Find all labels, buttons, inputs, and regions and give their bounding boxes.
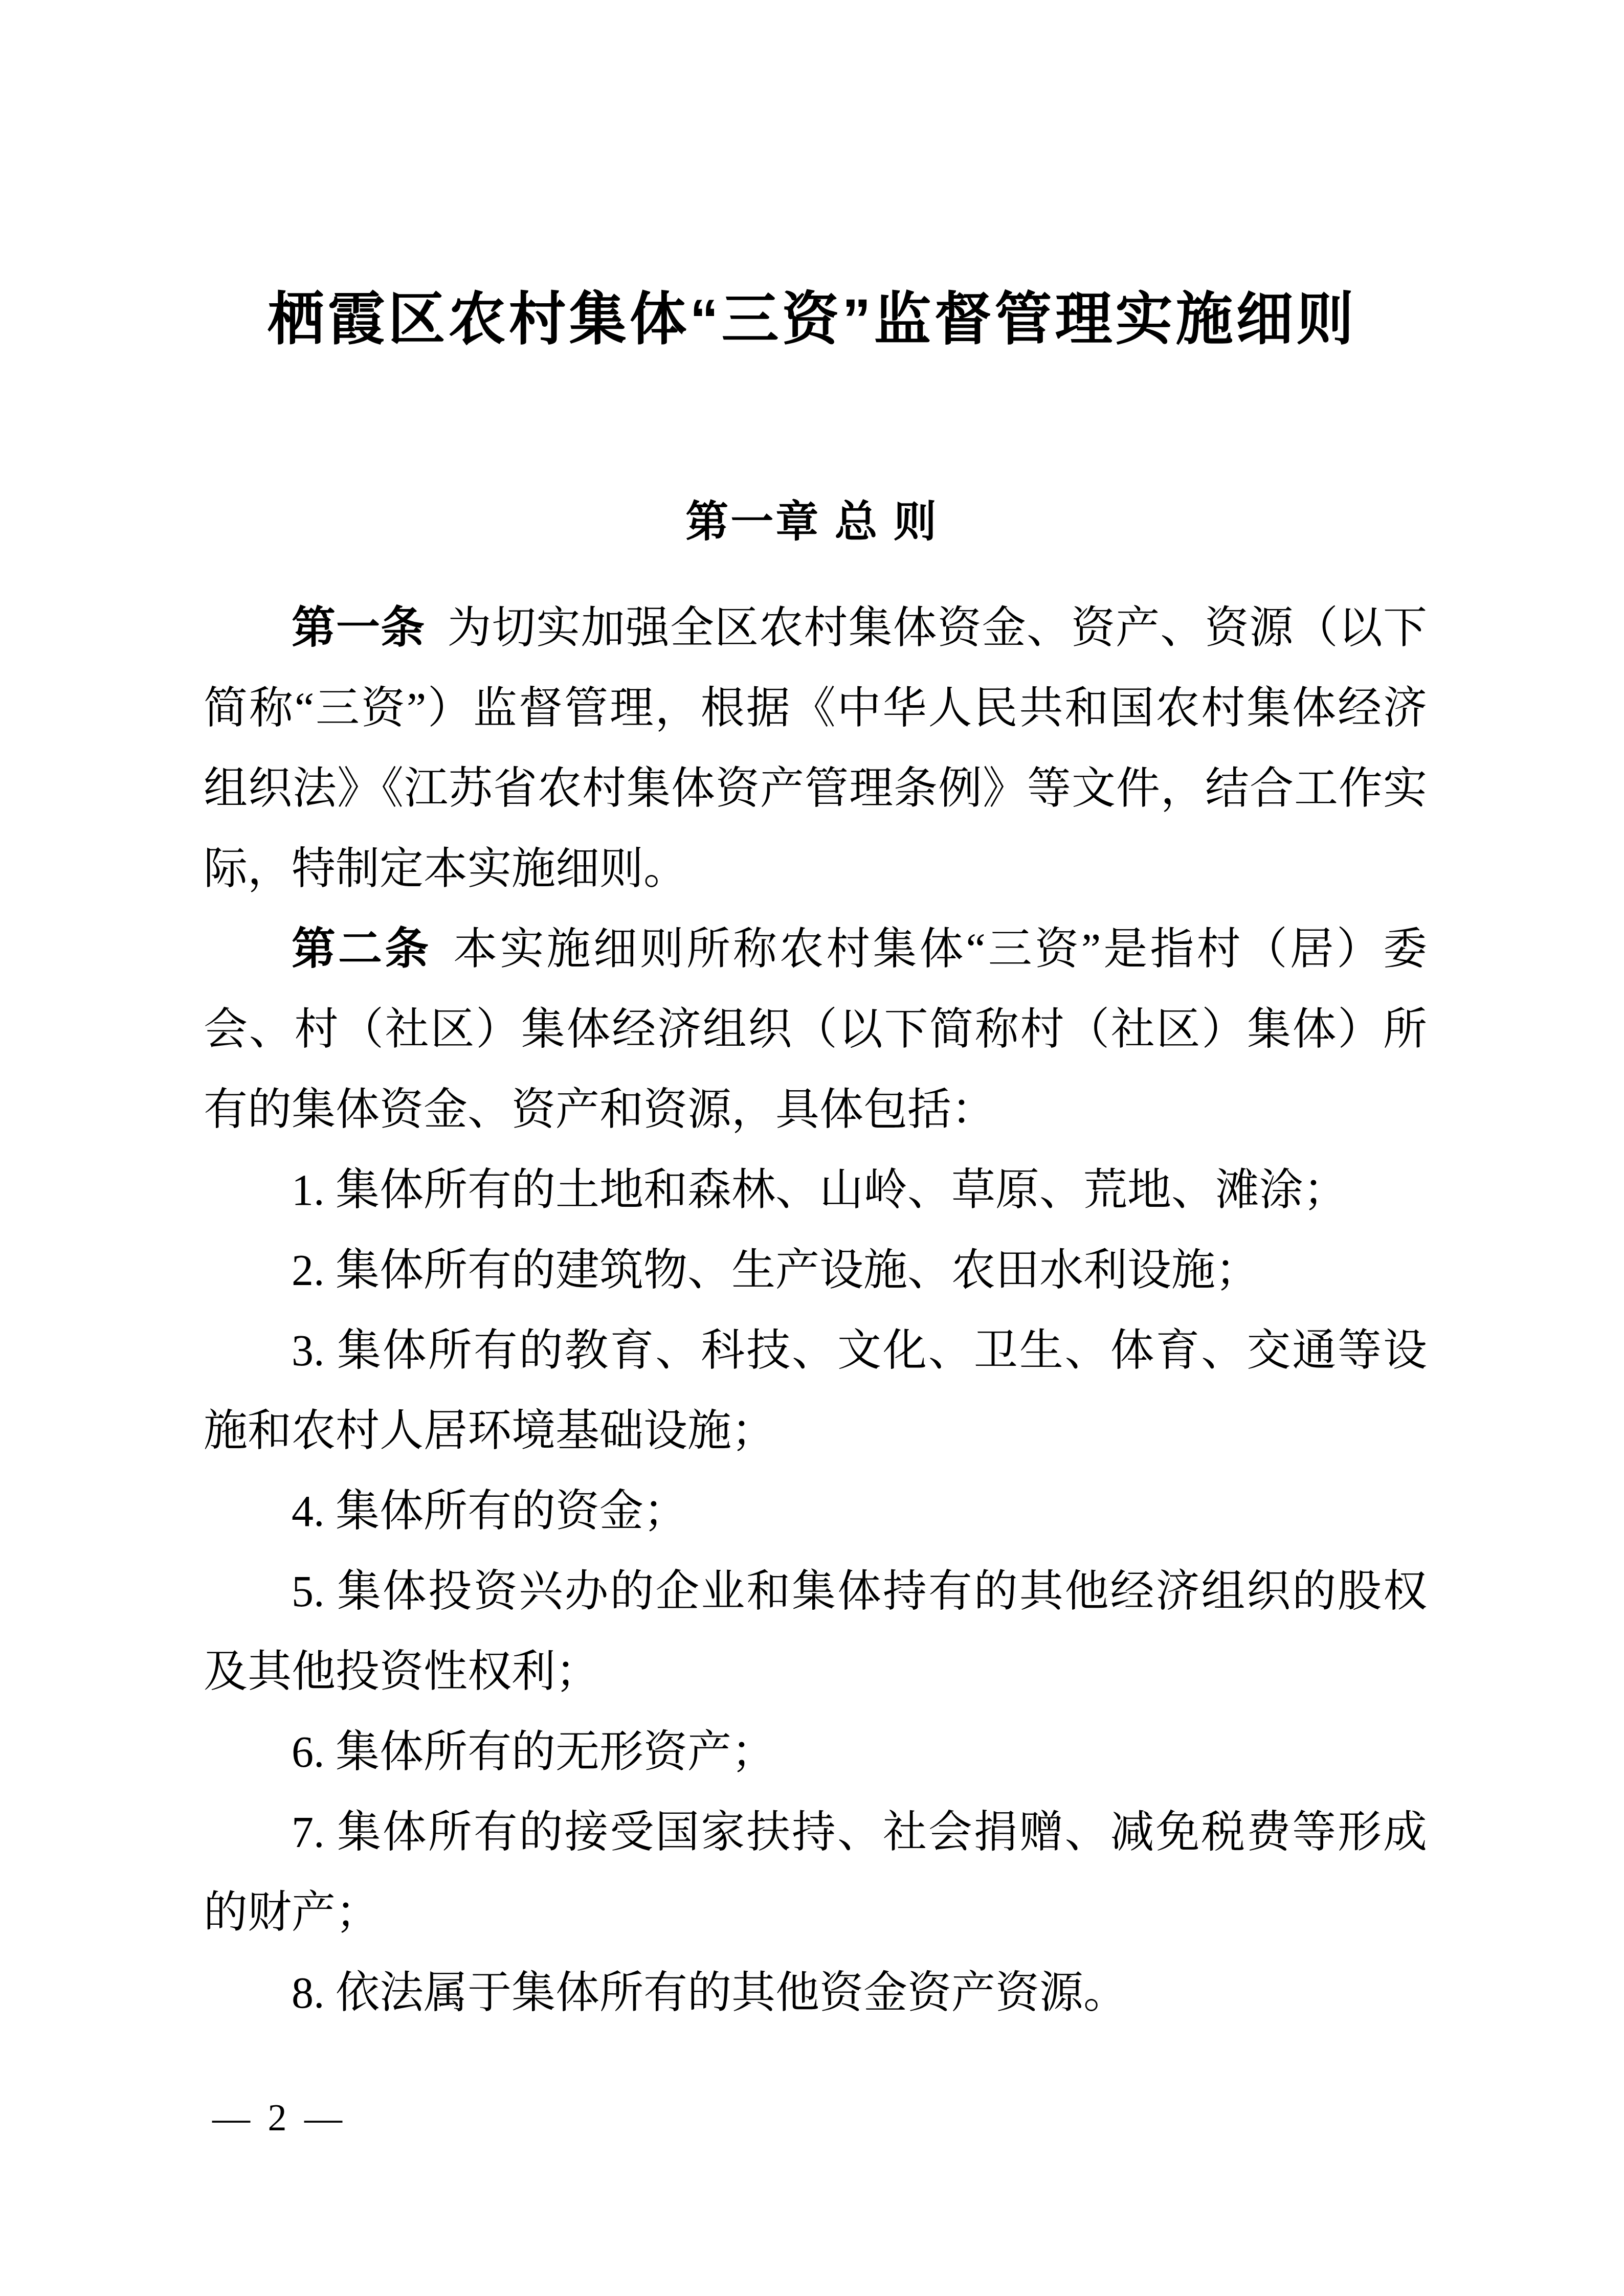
paragraph-article-1: 第一条为切实加强全区农村集体资金、资产、资源（以下简称“三资”）监督管理，根据《… [204,588,1427,909]
list-item-6: 6. 集体所有的无形资产； [204,1712,1427,1792]
document-page: 栖霞区农村集体“三资”监督管理实施细则 第一章 总 则 第一条为切实加强全区农村… [0,0,1624,2296]
list-item-7: 7. 集体所有的接受国家扶持、社会捐赠、减免税费等形成的财产； [204,1792,1427,1953]
page-footer: — 2 — [212,2097,346,2140]
list-item-6-text: 6. 集体所有的无形资产； [292,1727,775,1776]
document-title: 栖霞区农村集体“三资”监督管理实施细则 [0,284,1624,355]
list-item-4: 4. 集体所有的资金； [204,1471,1427,1551]
list-item-4-text: 4. 集体所有的资金； [292,1487,687,1536]
list-item-2-text: 2. 集体所有的建筑物、生产设施、农田水利设施； [292,1246,1259,1295]
page-number: — 2 — [212,2097,346,2139]
list-item-1-text: 1. 集体所有的土地和森林、山岭、草原、荒地、滩涂； [292,1165,1347,1214]
paragraph-article-2: 第二条本实施细则所称农村集体“三资”是指村（居）委会、村（社区）集体经济组织（以… [204,909,1427,1150]
list-item-1: 1. 集体所有的土地和森林、山岭、草原、荒地、滩涂； [204,1150,1427,1230]
list-item-3: 3. 集体所有的教育、科技、文化、卫生、体育、交通等设施和农村人居环境基础设施； [204,1311,1427,1471]
list-item-3-text: 3. 集体所有的教育、科技、文化、卫生、体育、交通等设施和农村人居环境基础设施； [204,1326,1427,1455]
document-body: 第一条为切实加强全区农村集体资金、资产、资源（以下简称“三资”）监督管理，根据《… [204,588,1427,2033]
chapter-heading: 第一章 总 则 [0,493,1624,550]
article-1-number: 第一条 [292,603,425,652]
list-item-5-text: 5. 集体投资兴办的企业和集体持有的其他经济组织的股权及其他投资性权利； [204,1567,1427,1696]
article-2-number: 第二条 [292,925,431,974]
list-item-5: 5. 集体投资兴办的企业和集体持有的其他经济组织的股权及其他投资性权利； [204,1551,1427,1712]
list-item-8: 8. 依法属于集体所有的其他资金资产资源。 [204,1953,1427,2033]
list-item-2: 2. 集体所有的建筑物、生产设施、农田水利设施； [204,1230,1427,1311]
list-item-7-text: 7. 集体所有的接受国家扶持、社会捐赠、减免税费等形成的财产； [204,1808,1427,1937]
list-item-8-text: 8. 依法属于集体所有的其他资金资产资源。 [292,1968,1127,2017]
